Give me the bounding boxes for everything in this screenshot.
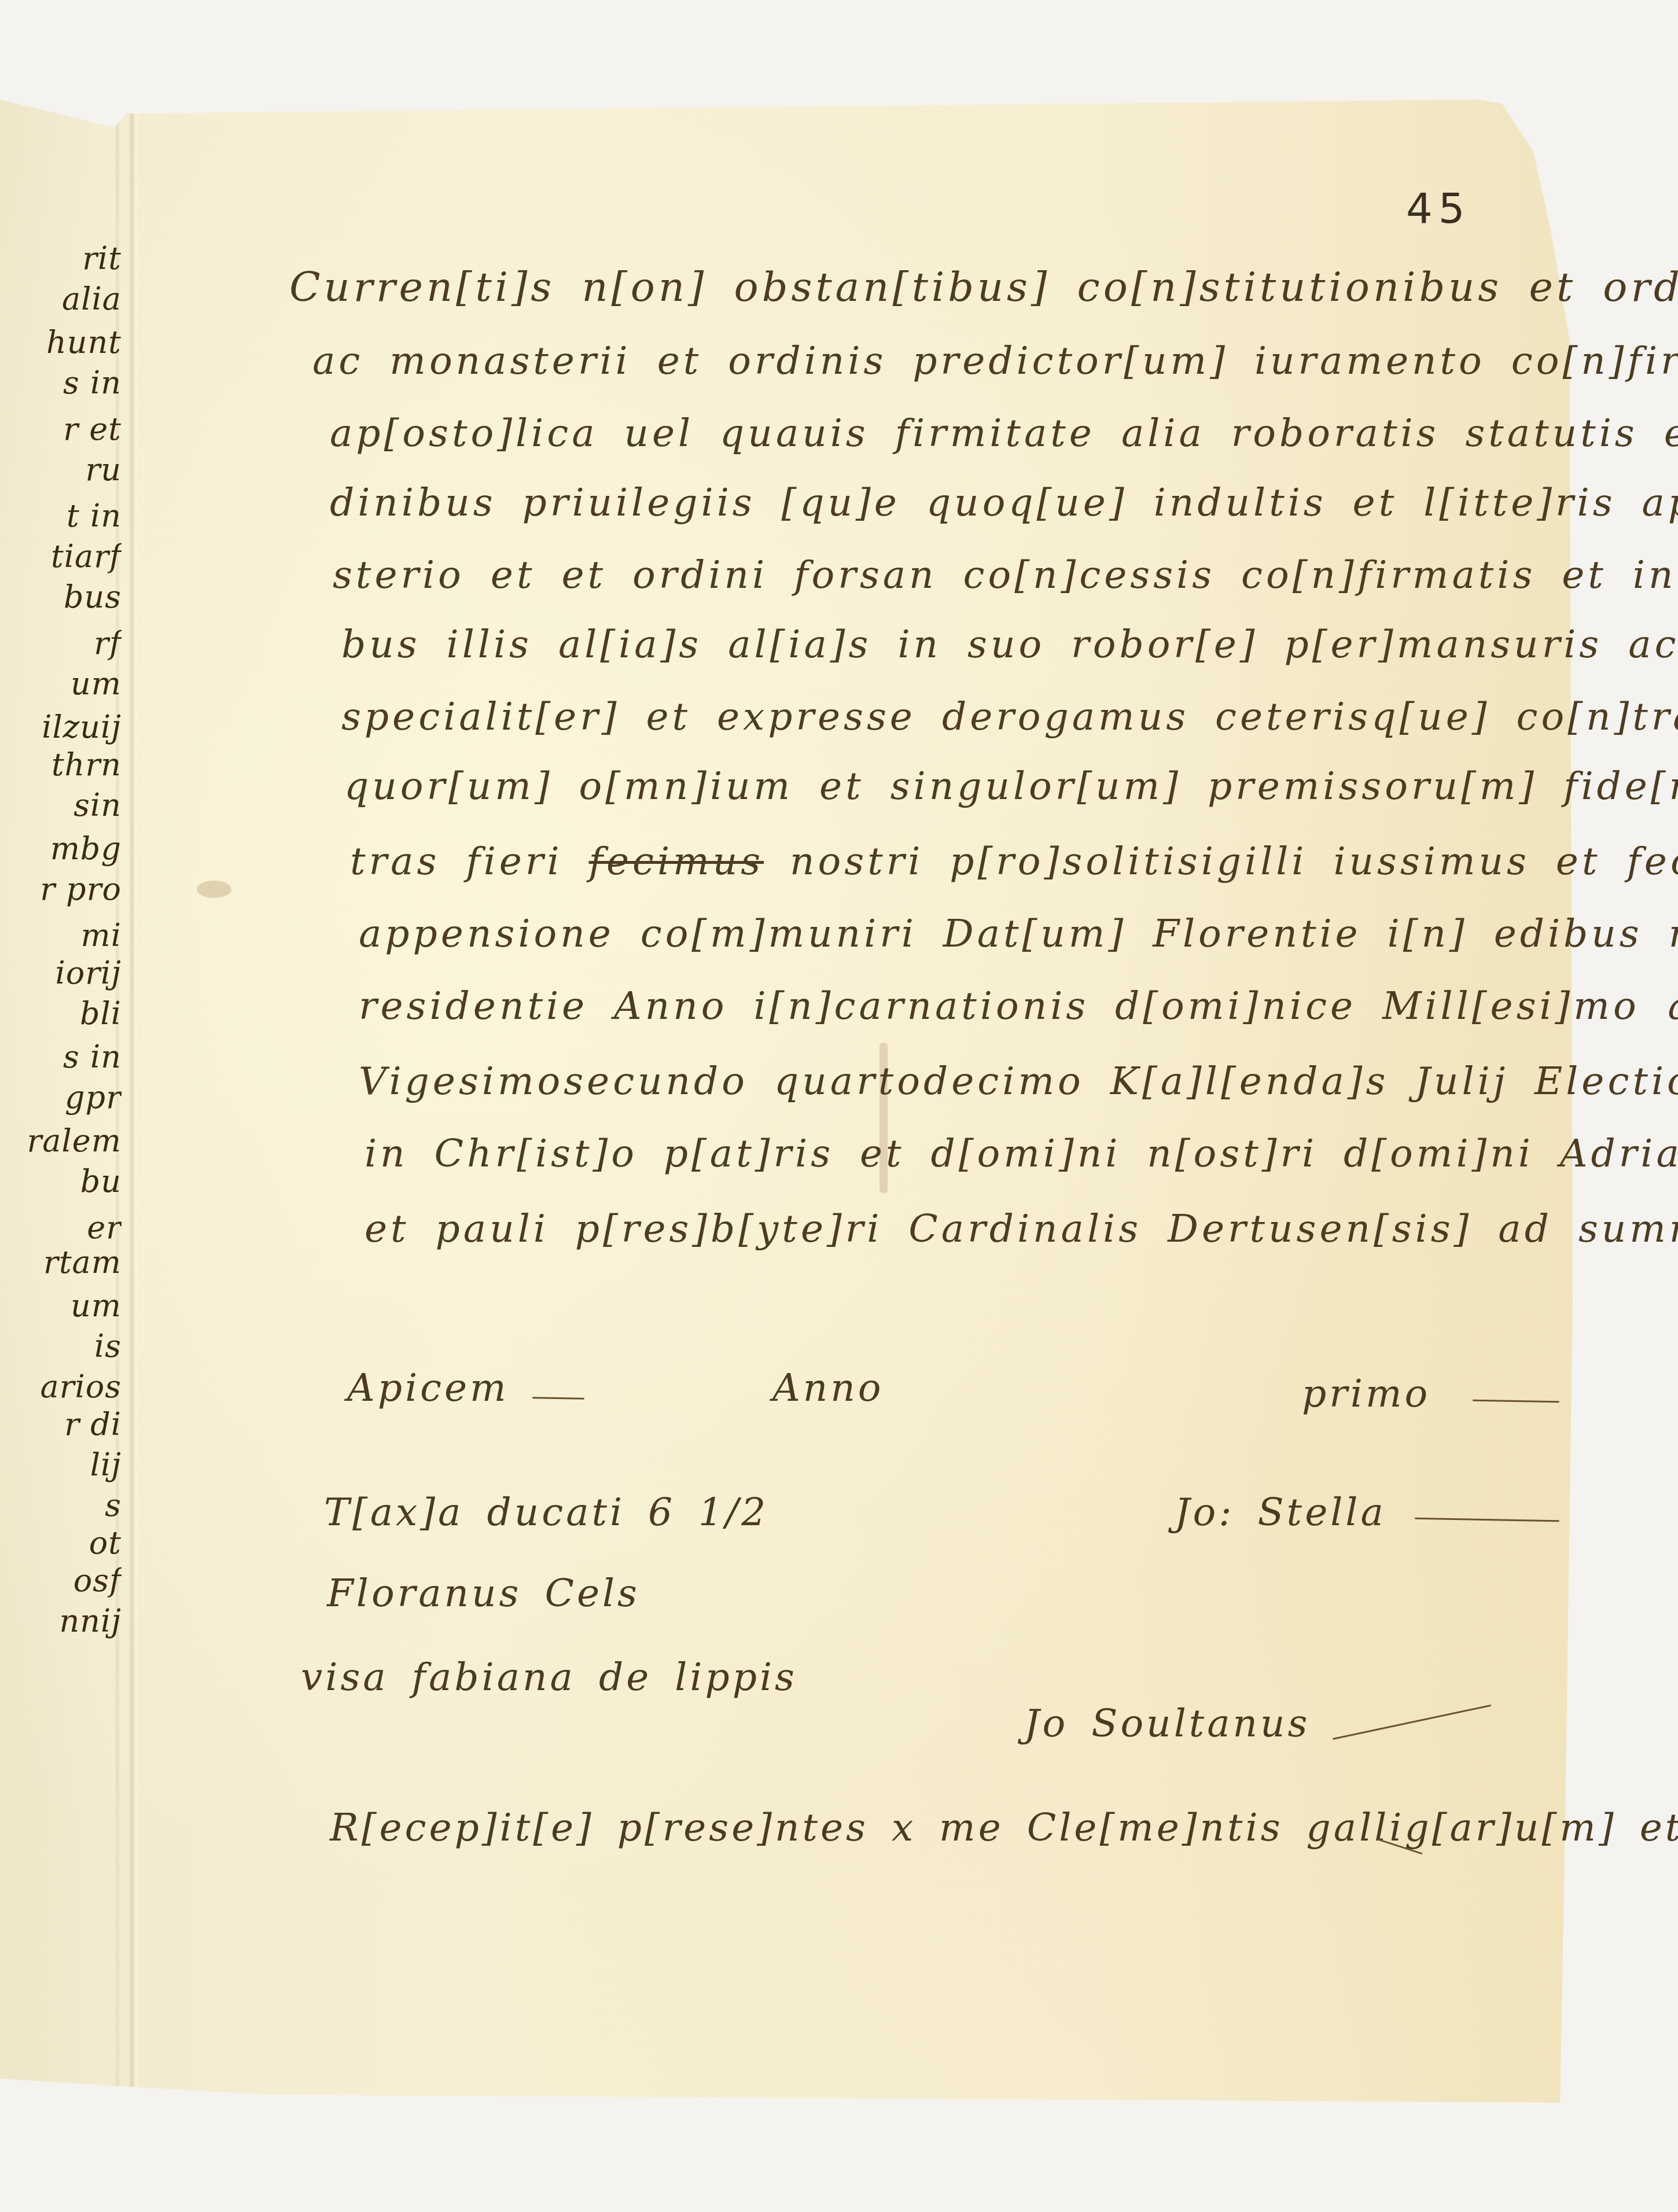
left-line: s — [0, 1487, 122, 1523]
page-fold — [128, 100, 139, 2103]
body-line-10: appensione co[m]muniri Dat[um] Florentie… — [359, 911, 1678, 956]
left-line: bli — [0, 995, 122, 1032]
left-line: arios — [0, 1368, 122, 1405]
body-line-11: residentie Anno i[n]carnationis d[omi]ni… — [359, 984, 1678, 1028]
left-line: lij — [0, 1447, 122, 1483]
left-line: sin — [0, 787, 122, 823]
body-line-4: dinibus priuilegiis [qu]e quoq[ue] indul… — [330, 480, 1678, 525]
body-line-8: quor[um] o[mn]ium et singulor[um] premis… — [344, 764, 1678, 808]
tax-note: T[ax]a ducati 6 1/2 — [324, 1490, 768, 1534]
left-line: er — [0, 1209, 122, 1246]
body-line-14: et pauli p[res]b[yte]ri Cardinalis Dertu… — [365, 1206, 1678, 1251]
body-line-13: in Chr[ist]o p[at]ris et d[omi]ni n[ost]… — [365, 1131, 1678, 1176]
body-line-9-end: nostri p[ro]solitisigilli iussimus et fe… — [790, 839, 1678, 884]
left-line: r et — [0, 411, 122, 447]
left-line: hunt — [0, 324, 122, 360]
body-line-7: specialit[er] et expresse derogamus cete… — [341, 694, 1678, 739]
left-line: is — [0, 1328, 122, 1364]
left-line: ilzuij — [0, 709, 122, 745]
left-line: nnij — [0, 1603, 122, 1639]
body-line-12: Vigesimosecundo quartodecimo K[a]l[enda]… — [359, 1059, 1678, 1103]
left-line: bu — [0, 1163, 122, 1199]
body-line-1: Curren[ti]s n[on] obstan[tibus] co[n]sti… — [289, 263, 1678, 311]
left-line: r pro — [0, 871, 122, 907]
left-line: alia — [0, 281, 122, 317]
left-line: tiarf — [0, 538, 122, 575]
closing-note: R[ecep]it[e] p[rese]ntes x me Cle[me]nti… — [330, 1805, 1678, 1850]
left-line: bus — [0, 579, 122, 615]
folio-number: 45 — [1406, 184, 1471, 233]
signature-soultanus: Jo Soultanus — [1024, 1701, 1311, 1746]
body-line-5: sterio et et ordini forsan co[n]cessis c… — [333, 553, 1678, 597]
left-line: rtam — [0, 1244, 122, 1280]
body-line-6: bus illis al[ia]s al[ia]s in suo robor[e… — [341, 622, 1678, 667]
left-line: um — [0, 665, 122, 702]
date-line-left: Apicem — [347, 1366, 509, 1410]
left-line: t in — [0, 498, 122, 534]
body-line-9: tras fieri fecimus nostri p[ro]solitisig… — [350, 839, 1678, 884]
left-line: um — [0, 1287, 122, 1324]
body-line-2: ac monasterii et ordinis predictor[um] i… — [312, 338, 1678, 383]
left-line: s in — [0, 365, 122, 401]
left-line: gpr — [0, 1079, 122, 1116]
left-line: rit — [0, 240, 122, 277]
registrar-note: Floranus Cels — [327, 1571, 640, 1615]
left-line: ot — [0, 1525, 122, 1561]
date-line-center: Anno — [772, 1366, 884, 1410]
left-line: ralem — [0, 1122, 122, 1159]
left-line: ru — [0, 451, 122, 488]
left-line: r di — [0, 1406, 122, 1442]
left-line: mbg — [0, 830, 122, 867]
left-line: osf — [0, 1562, 122, 1599]
left-line: s in — [0, 1039, 122, 1075]
left-line: mi — [0, 917, 122, 954]
left-line: thrn — [0, 746, 122, 783]
visa-note: visa fabiana de lippis — [301, 1655, 797, 1699]
signature-stella: Jo: Stella — [1175, 1490, 1386, 1534]
body-line-3: ap[osto]lica uel quauis firmitate alia r… — [330, 411, 1678, 455]
left-line: iorij — [0, 955, 122, 991]
left-line: rf — [0, 625, 122, 661]
ink-stain — [197, 881, 231, 898]
struck-word: fecimus — [589, 839, 764, 884]
date-line-right: primo — [1302, 1371, 1430, 1416]
body-line-9-start: tras fieri — [350, 839, 563, 884]
